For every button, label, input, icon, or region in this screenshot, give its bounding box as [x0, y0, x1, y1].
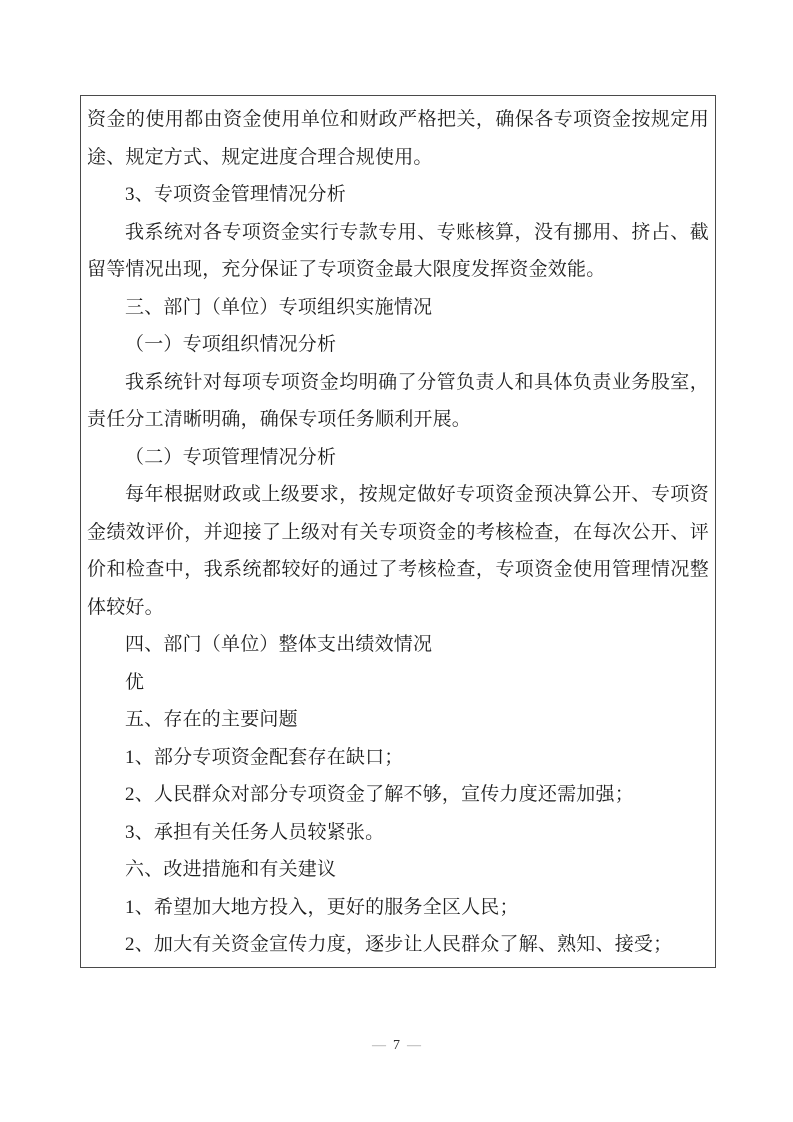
paragraph: （一）专项组织情况分析 [87, 326, 709, 364]
paragraph: 六、改进措施和有关建议 [87, 851, 709, 889]
paragraph: 3、承担有关任务人员较紧张。 [87, 814, 709, 852]
page-number: 7 [393, 1038, 400, 1053]
paragraph: 1、部分专项资金配套存在缺口； [87, 739, 709, 777]
footer-dash-right: — [400, 1038, 428, 1053]
paragraph: 资金的使用都由资金使用单位和财政严格把关，确保各专项资金按规定用途、规定方式、规… [87, 101, 709, 176]
paragraph: 每年根据财政或上级要求，按规定做好专项资金预决算公开、专项资金绩效评价，并迎接了… [87, 476, 709, 626]
paragraph: 2、人民群众对部分专项资金了解不够，宣传力度还需加强； [87, 776, 709, 814]
paragraph: 我系统针对每项专项资金均明确了分管负责人和具体负责业务股室，责任分工清晰明确，确… [87, 364, 709, 439]
paragraph: 3、充实基层卫生队伍建设，加大人才培养。 [87, 964, 709, 969]
document-page: 资金的使用都由资金使用单位和财政严格把关，确保各专项资金按规定用途、规定方式、规… [0, 0, 793, 1122]
paragraph: 我系统对各专项资金实行专款专用、专账核算，没有挪用、挤占、截留等情况出现，充分保… [87, 214, 709, 289]
paragraph: 五、存在的主要问题 [87, 701, 709, 739]
paragraph: 1、希望加大地方投入，更好的服务全区人民； [87, 889, 709, 927]
content-table-cell: 资金的使用都由资金使用单位和财政严格把关，确保各专项资金按规定用途、规定方式、规… [80, 95, 716, 968]
paragraph: 2、加大有关资金宣传力度，逐步让人民群众了解、熟知、接受； [87, 926, 709, 964]
paragraph: 3、专项资金管理情况分析 [87, 176, 709, 214]
page-footer: —7— [0, 1036, 793, 1056]
paragraph: （二）专项管理情况分析 [87, 439, 709, 477]
paragraph: 优 [87, 664, 709, 702]
paragraph: 四、部门（单位）整体支出绩效情况 [87, 626, 709, 664]
paragraph: 三、部门（单位）专项组织实施情况 [87, 289, 709, 327]
footer-dash-left: — [365, 1038, 393, 1053]
